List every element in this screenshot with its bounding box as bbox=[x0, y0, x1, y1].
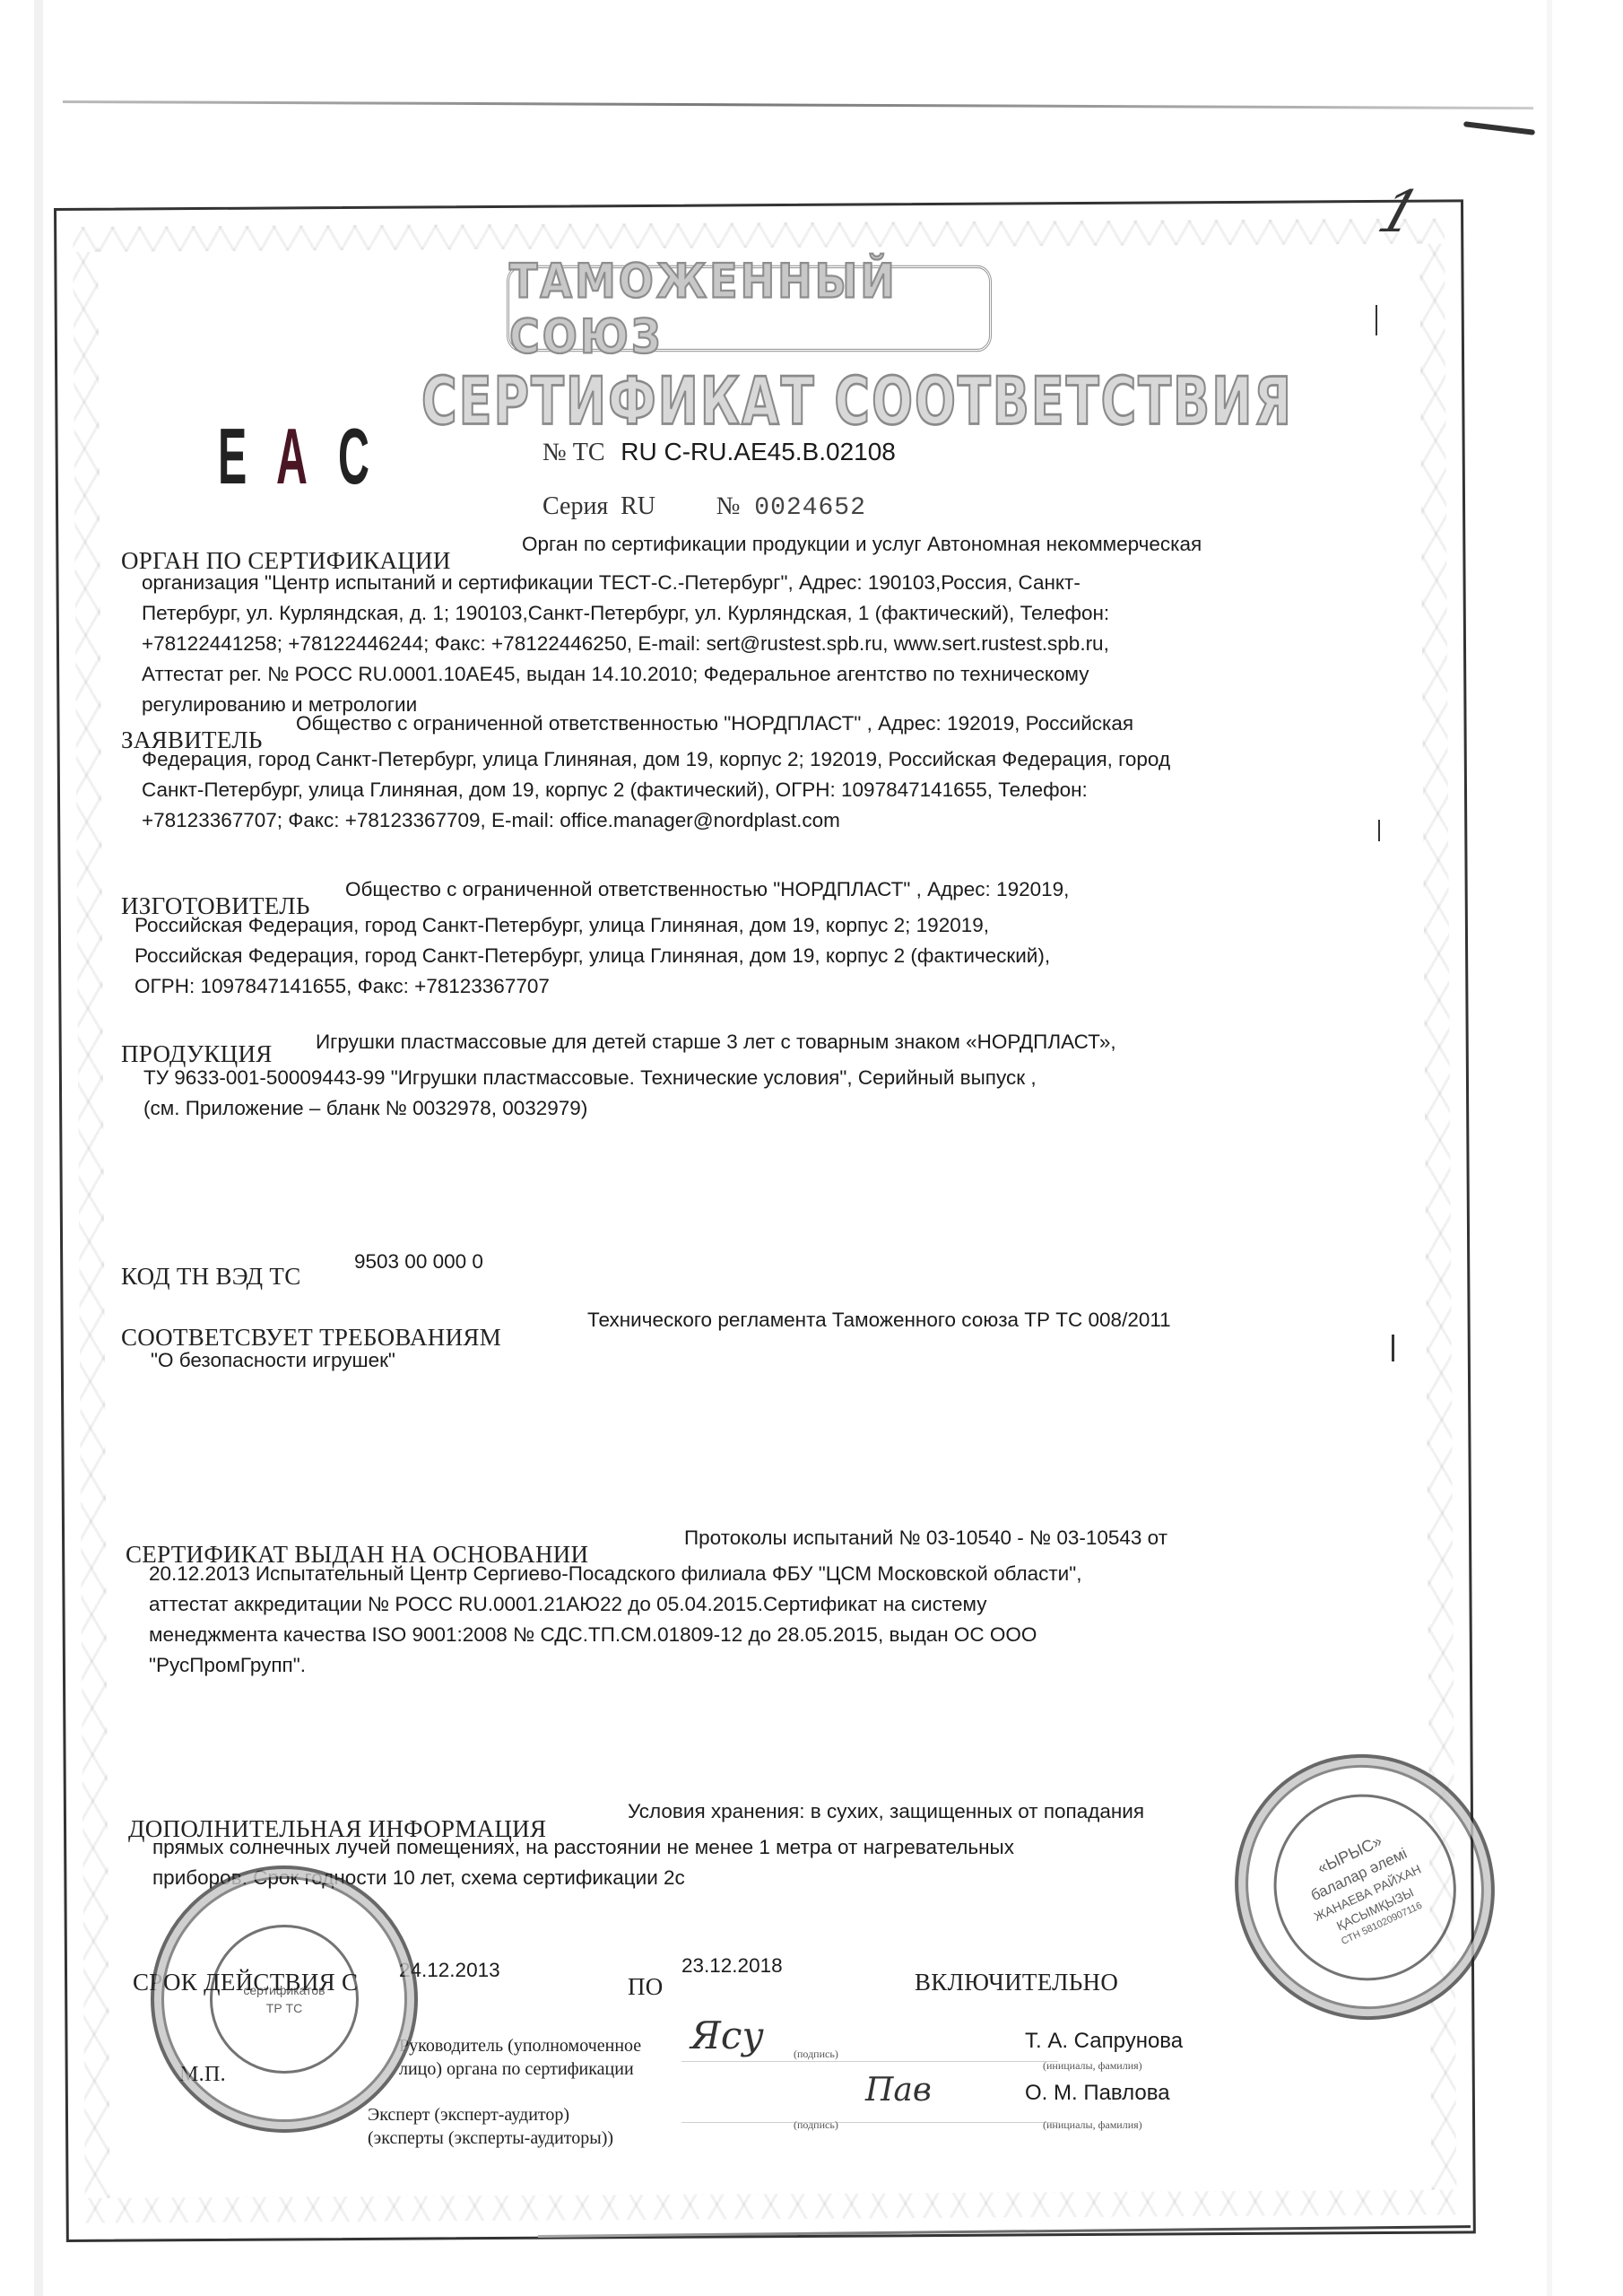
certification-body-line-2: организация "Центр испытаний и сертифика… bbox=[142, 568, 1109, 598]
applicant-line-3: Санкт-Петербург, улица Глиняная, дом 19,… bbox=[142, 775, 1170, 805]
head-signature: Ясу bbox=[690, 2013, 764, 2057]
head-name: Т. А. Сапрунова bbox=[1025, 2029, 1183, 2054]
expert-signature-caption: (подпись) bbox=[794, 2118, 838, 2132]
certification-body-line-5: Аттестат рег. № РОСС RU.0001.10АЕ45, выд… bbox=[142, 659, 1109, 690]
basis-line-3: аттестат аккредитации № РОСС RU.0001.21А… bbox=[149, 1589, 1081, 1620]
manufacturer-line-1: Общество с ограниченной ответственностью… bbox=[345, 874, 1069, 905]
customs-union-banner: ТАМОЖЕННЫЙ СОЮЗ bbox=[507, 265, 992, 352]
certification-body-line-4: +78122441258; +78122446244; Факс: +78122… bbox=[142, 629, 1109, 659]
certificate-number-row: № ТС RU C-RU.AE45.B.02108 bbox=[542, 438, 896, 467]
expert-label-line-2: (эксперты (эксперты-аудиторы)) bbox=[368, 2126, 613, 2150]
manufacturer-line-2: Российская Федерация, город Санкт-Петерб… bbox=[135, 910, 1050, 941]
seal-inner-ring: сертификатов ТР ТС bbox=[210, 1925, 359, 2074]
validity-to: 23.12.2018 bbox=[681, 1951, 783, 1981]
certification-body-seal: сертификатов ТР ТС bbox=[151, 1865, 418, 2133]
certificate-title: СЕРТИФИКАТ СООТВЕТСТВИЯ bbox=[421, 363, 1067, 439]
validity-to-label: ПО bbox=[628, 1973, 664, 2001]
validity-inclusive: ВКЛЮЧИТЕЛЬНО bbox=[915, 1969, 1118, 1996]
basis-line-5: "РусПромГрупп". bbox=[149, 1650, 1081, 1681]
series-value: RU bbox=[621, 492, 655, 520]
conformity-continuation: "О безопасности игрушек" bbox=[151, 1345, 395, 1376]
product-first-line: Игрушки пластмассовые для детей старше 3… bbox=[316, 1027, 1116, 1057]
margin-tick-mark bbox=[1378, 820, 1380, 841]
hs-code-value: 9503 00 000 0 bbox=[354, 1247, 483, 1277]
basis-line-2: 20.12.2013 Испытательный Центр Сергиево-… bbox=[149, 1559, 1081, 1589]
manufacturer-first-line: Общество с ограниченной ответственностью… bbox=[345, 874, 1069, 905]
basis-line-4: менеджмента качества ISO 9001:2008 № СДС… bbox=[149, 1620, 1081, 1650]
applicant-line-4: +78123367707; Факс: +78123367709, E-mail… bbox=[142, 805, 1170, 836]
head-name-caption: (инициалы, фамилия) bbox=[1043, 2059, 1142, 2073]
scan-edge-right bbox=[1547, 0, 1552, 2296]
certification-body-text: организация "Центр испытаний и сертифика… bbox=[142, 568, 1109, 720]
eac-logo-e-icon: E bbox=[218, 413, 247, 500]
handwritten-dash-mark bbox=[1463, 121, 1535, 135]
manufacturer-line-3: Российская Федерация, город Санкт-Петерб… bbox=[135, 941, 1050, 971]
form-number-value: 0024652 bbox=[754, 494, 866, 522]
certification-body-line-1: Орган по сертификации продукции и услуг … bbox=[522, 529, 1202, 560]
product-text: ТУ 9633-001-50009443-99 "Игрушки пластма… bbox=[143, 1063, 1037, 1124]
expert-label: Эксперт (эксперт-аудитор) (эксперты (экс… bbox=[368, 2103, 613, 2150]
additional-info-line-2: прямых солнечных лучей помещениях, на ра… bbox=[152, 1832, 1014, 1863]
applicant-text: Федерация, город Санкт-Петербург, улица … bbox=[142, 744, 1170, 836]
product-line-1: Игрушки пластмассовые для детей старше 3… bbox=[316, 1027, 1116, 1057]
head-label-line-2: лицо) органа по сертификации bbox=[399, 2057, 641, 2081]
certificate-number-value: RU C-RU.AE45.B.02108 bbox=[621, 438, 896, 465]
certificate-number-label: № ТС bbox=[542, 439, 605, 466]
eac-logo-c-icon: C bbox=[338, 413, 369, 500]
eac-logo-a-icon: A bbox=[276, 413, 308, 500]
head-signature-line bbox=[681, 2061, 1058, 2062]
applicant-seal-inner-ring: «ЫРЫС» балалар әлемі ЖАНАЕВА РАЙХАН ҚАСЫ… bbox=[1243, 1764, 1486, 2011]
expert-signature-line bbox=[681, 2122, 1058, 2123]
scan-top-line bbox=[63, 100, 1533, 109]
hs-code-label: КОД ТН ВЭД ТС bbox=[121, 1263, 301, 1291]
expert-name: О. М. Павлова bbox=[1025, 2081, 1170, 2106]
applicant-first-line: Общество с ограниченной ответственностью… bbox=[296, 709, 1133, 739]
manufacturer-text: Российская Федерация, город Санкт-Петерб… bbox=[135, 910, 1050, 1002]
scan-edge-left bbox=[34, 0, 43, 2296]
applicant-line-1: Общество с ограниченной ответственностью… bbox=[296, 709, 1133, 739]
basis-text: 20.12.2013 Испытательный Центр Сергиево-… bbox=[149, 1559, 1081, 1681]
margin-tick-mark bbox=[1376, 305, 1377, 335]
additional-info-line-1: Условия хранения: в сухих, защищенных от… bbox=[628, 1796, 1144, 1827]
expert-label-line-1: Эксперт (эксперт-аудитор) bbox=[368, 2103, 613, 2126]
margin-tick-mark bbox=[1392, 1335, 1394, 1361]
applicant-line-2: Федерация, город Санкт-Петербург, улица … bbox=[142, 744, 1170, 775]
head-label-line-1: Руководитель (уполномоченное bbox=[399, 2034, 641, 2057]
product-line-2: ТУ 9633-001-50009443-99 "Игрушки пластма… bbox=[143, 1063, 1037, 1093]
conformity-value: Технического регламента Таможенного союз… bbox=[587, 1305, 1171, 1335]
seal-inner-text-1: сертификатов bbox=[243, 1983, 325, 1997]
seal-inner-text-2: ТР ТС bbox=[266, 2001, 302, 2015]
expert-signature: Пав bbox=[865, 2072, 932, 2109]
manufacturer-line-4: ОГРН: 1097847141655, Факс: +78123367707 bbox=[135, 971, 1050, 1002]
product-line-3: (см. Приложение – бланк № 0032978, 00329… bbox=[143, 1093, 1037, 1124]
series-label: Серия bbox=[542, 492, 608, 520]
head-label: Руководитель (уполномоченное лицо) орган… bbox=[399, 2034, 641, 2081]
head-signature-caption: (подпись) bbox=[794, 2048, 838, 2061]
basis-line-1: Протоколы испытаний № 03-10540 - № 03-10… bbox=[684, 1523, 1167, 1553]
series-row: Серия RU № 0024652 bbox=[542, 491, 866, 522]
eac-logo: E A C bbox=[218, 413, 308, 500]
certification-body-line: Орган по сертификации продукции и услуг … bbox=[522, 529, 1202, 560]
certification-body-line-3: Петербург, ул. Курляндская, д. 1; 190103… bbox=[142, 598, 1109, 629]
expert-name-caption: (инициалы, фамилия) bbox=[1043, 2118, 1142, 2132]
form-number-label: № bbox=[716, 492, 741, 520]
